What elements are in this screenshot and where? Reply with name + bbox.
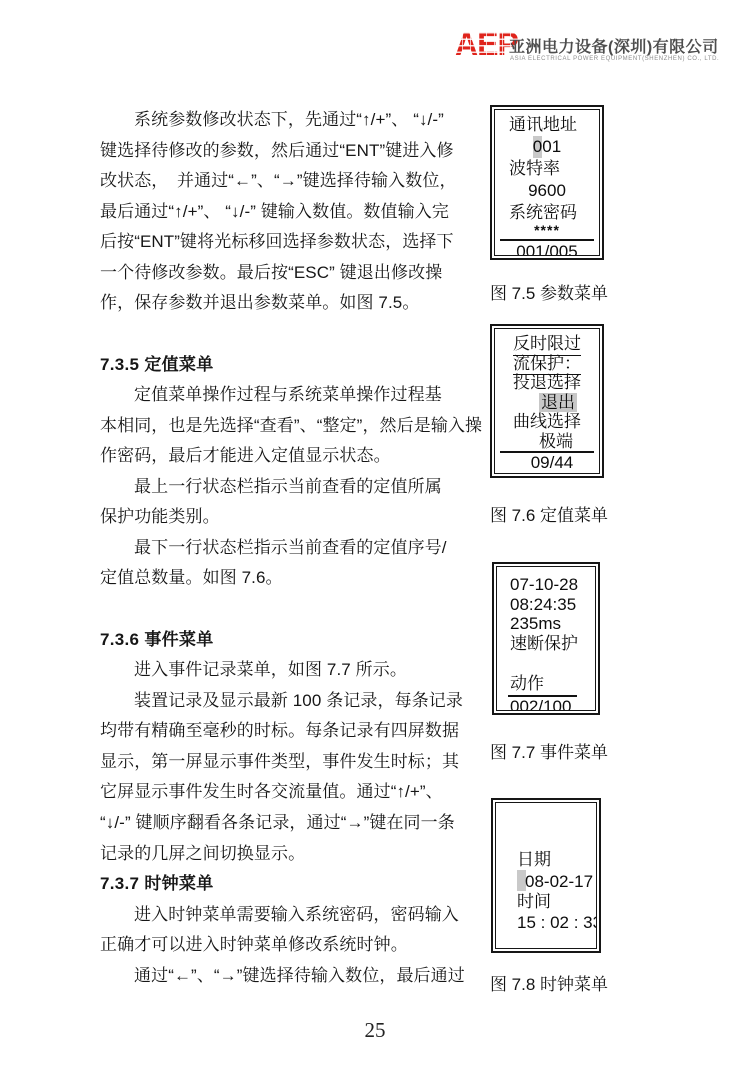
paragraph-line: 保护功能类别。 [100, 502, 460, 533]
lcd-screen-settings: 反时限过 流保护： 投退选择 退出 曲线选择 极端 09/44 [494, 328, 600, 474]
paragraph-line: 最下一行状态栏指示当前查看的定值序号/ [100, 533, 460, 564]
body-text-column: 系统参数修改状态下，先通过“↑/+”、 “↓/-” 键选择待修改的参数，然后通过… [100, 105, 460, 991]
paragraph-line: “↓/-” 键顺序翻看各条记录，通过“→”键在同一条 [100, 808, 460, 839]
paragraph-line: 显示，第一屏显示事件类型，事件发生时标；其 [100, 747, 460, 778]
lcd-label: 波特率 [495, 158, 599, 180]
lcd-value-rest: 01 [542, 137, 561, 156]
underlined-text: 流保护： [513, 354, 581, 376]
paragraph-line: 作密码，最后才能进入定值显示状态。 [100, 441, 460, 472]
paragraph-line: 均带有精确至毫秒的时标。每条记录有四屏数据 [100, 716, 460, 747]
paragraph-line: 通过“←”、“→”键选择待输入数位，最后通过 [100, 961, 460, 992]
paragraph-line: 本相同，也是先选择“查看”、“整定”，然后是输入操 [100, 411, 460, 442]
paragraph-line: 作，保存参数并退出参数菜单。如图 7.5。 [100, 288, 460, 319]
lcd-value-baudrate: 9600 [495, 180, 599, 202]
figure-7-8-lcd: 日期 08-02-17 时间 15 : 02 : 33 [491, 798, 601, 953]
lcd-event-action: 动作 [497, 674, 595, 694]
lcd-screen-events: 07-10-28 08:24:35 235ms 速断保护 动作 002/100 [496, 566, 596, 711]
paragraph-line: 系统参数修改状态下，先通过“↑/+”、 “↓/-” [100, 105, 460, 136]
lcd-event-date: 07-10-28 [497, 575, 595, 595]
paragraph-line: 进入事件记录菜单，如图 7.7 所示。 [100, 655, 460, 686]
lcd-event-time: 08:24:35 [497, 595, 595, 615]
lcd-value: 极端 [495, 432, 599, 452]
lcd-title-line: 反时限过 [495, 334, 599, 354]
lcd-title-line: 流保护： [495, 354, 599, 374]
underlined-text: 反时限过 [513, 334, 581, 356]
figure-7-8-caption: 图 7.8 时钟菜单 [467, 970, 631, 995]
edit-cursor: 0 [533, 136, 542, 158]
page-number: 25 [0, 1018, 750, 1043]
lcd-event-ms: 235ms [497, 614, 595, 634]
lcd-password-mask: **** [495, 224, 599, 237]
lcd-time-value: 15 : 02 : 33 [496, 912, 596, 933]
paragraph-line: 它屏显示事件发生时各交流量值。通过“↑/+”、 [100, 777, 460, 808]
paragraph-line: 正确才可以进入时钟菜单修改系统时钟。 [100, 930, 460, 961]
section-heading-735: 7.3.5 定值菜单 [100, 350, 460, 381]
lcd-screen-parameters: 通讯地址 001 波特率 9600 系统密码 **** 001/005 [494, 109, 600, 256]
paragraph-line: 进入时钟菜单需要输入系统密码，密码输入 [100, 900, 460, 931]
date-text: 08-02-17 [525, 872, 593, 891]
lcd-item: 曲线选择 [495, 412, 599, 432]
figure-7-5-caption: 图 7.5 参数菜单 [467, 279, 631, 304]
lcd-label-time: 时间 [496, 891, 596, 912]
figure-7-6-lcd: 反时限过 流保护： 投退选择 退出 曲线选择 极端 09/44 [490, 324, 604, 478]
paragraph-line: 键选择待修改的参数，然后通过“ENT”键进入修 [100, 136, 460, 167]
paragraph-line: 记录的几屏之间切换显示。 [100, 839, 460, 870]
paragraph-line: 最后通过“↑/+”、 “↓/-” 键输入数值。数值输入完 [100, 197, 460, 228]
lcd-page-indicator: 001/005 [495, 241, 599, 256]
manual-page: AEP 亚洲电力设备(深圳)有限公司 ASIA ELECTRICAL POWER… [0, 0, 750, 1069]
paragraph-line: 定值总数量。如图 7.6。 [100, 563, 460, 594]
lcd-date-value: 08-02-17 [496, 870, 596, 891]
lcd-label-date: 日期 [496, 849, 596, 870]
paragraph-line: 装置记录及显示最新 100 条记录，每条记录 [100, 686, 460, 717]
lcd-selected-value: 退出 [495, 393, 599, 413]
company-name-cn: 亚洲电力设备(深圳)有限公司 [509, 34, 719, 57]
lcd-page-indicator: 002/100 [497, 697, 595, 712]
section-heading-736: 7.3.6 事件菜单 [100, 625, 460, 656]
company-logo: AEP 亚洲电力设备(深圳)有限公司 ASIA ELECTRICAL POWER… [455, 26, 695, 68]
lcd-event-type: 速断保护 [497, 634, 595, 654]
lcd-page-indicator: 09/44 [495, 453, 599, 472]
highlighted-value: 退出 [539, 393, 577, 412]
lcd-screen-clock: 日期 08-02-17 时间 15 : 02 : 33 [495, 802, 597, 949]
figure-7-5-lcd: 通讯地址 001 波特率 9600 系统密码 **** 001/005 [490, 105, 604, 260]
paragraph-line: 最上一行状态栏指示当前查看的定值所属 [100, 472, 460, 503]
company-name-en: ASIA ELECTRICAL POWER EQUIPMENT(SHENZHEN… [510, 56, 719, 62]
figure-7-7-caption: 图 7.7 事件菜单 [467, 738, 631, 763]
lcd-blank-row [497, 653, 595, 674]
figure-7-6-caption: 图 7.6 定值菜单 [467, 501, 631, 526]
paragraph-line: 后按“ENT”键将光标移回选择参数状态，选择下 [100, 227, 460, 258]
lcd-item: 投退选择 [495, 373, 599, 393]
paragraph-line: 改状态， 并通过“←”、“→”键选择待输入数位， [100, 166, 460, 197]
figure-7-7-lcd: 07-10-28 08:24:35 235ms 速断保护 动作 002/100 [492, 562, 600, 715]
lcd-value-comm-address: 001 [495, 136, 599, 158]
section-heading-737: 7.3.7 时钟菜单 [100, 869, 460, 900]
lcd-label: 系统密码 [495, 202, 599, 224]
paragraph-line: 一个待修改参数。最后按“ESC” 键退出修改操 [100, 258, 460, 289]
lcd-label: 通讯地址 [495, 114, 599, 136]
paragraph-line: 定值菜单操作过程与系统菜单操作过程基 [100, 380, 460, 411]
